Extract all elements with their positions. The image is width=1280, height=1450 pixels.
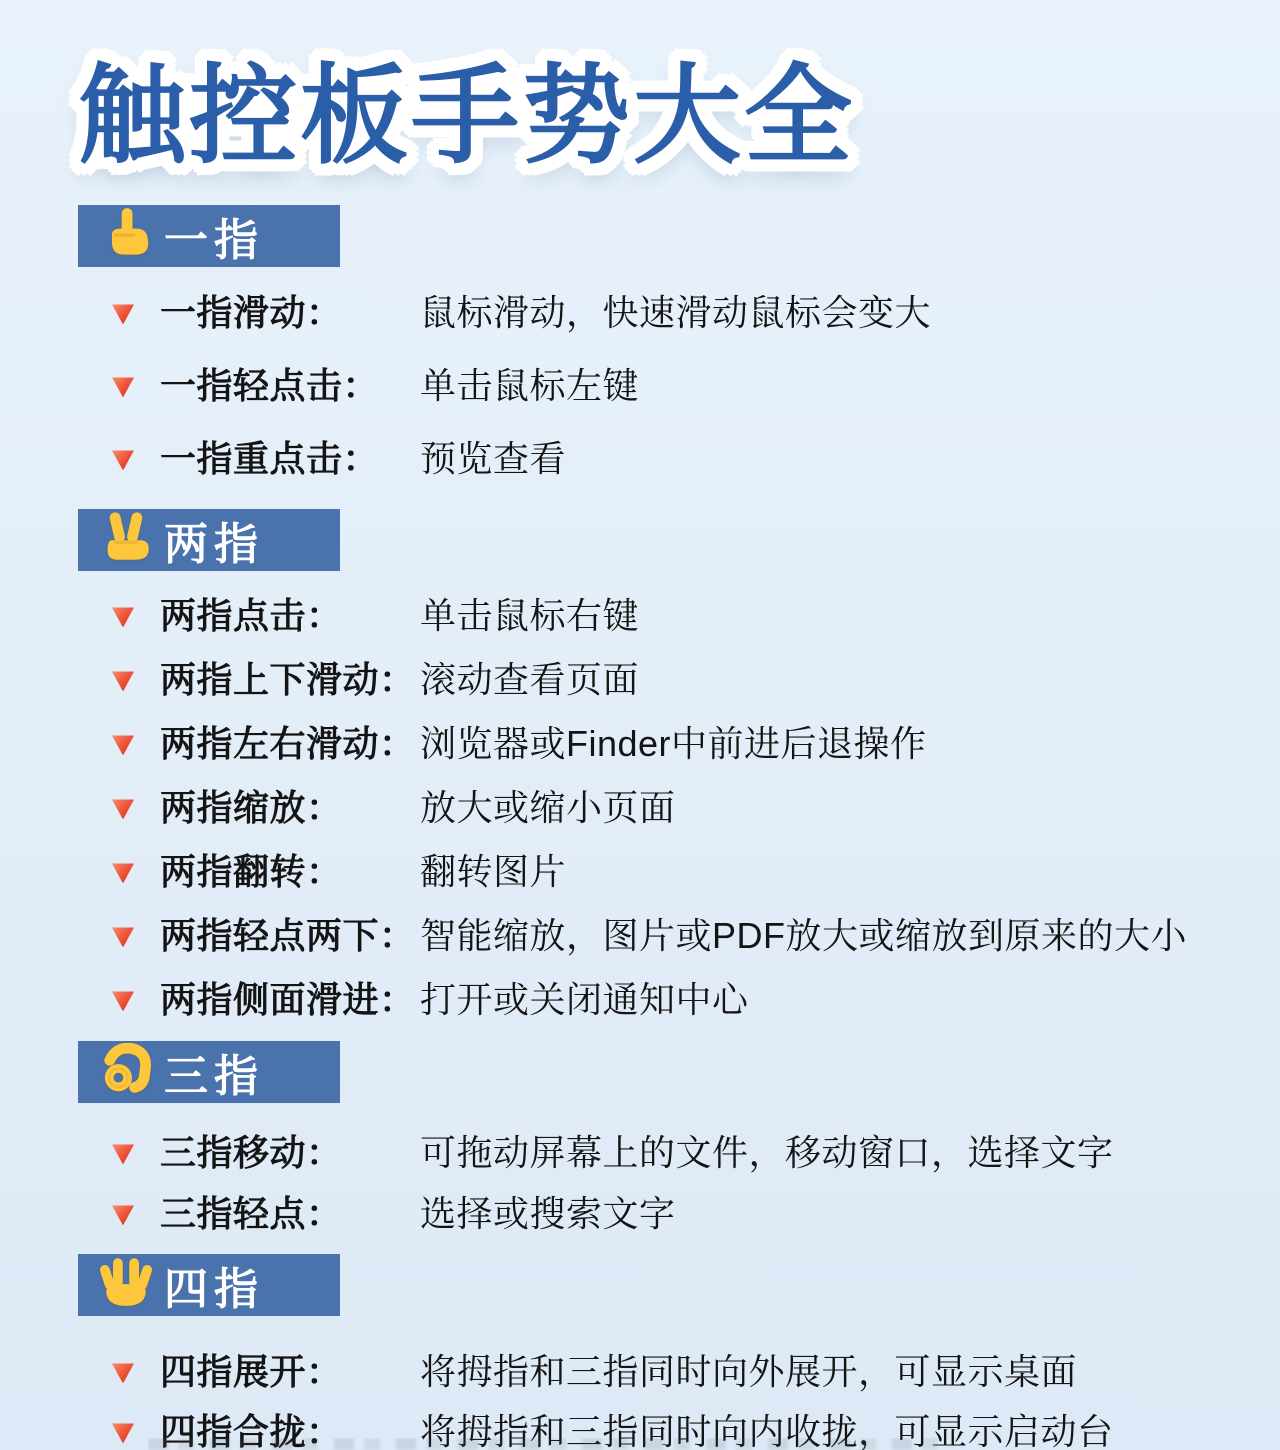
- section-label: 四指: [164, 1253, 264, 1317]
- gesture-list: 四指展开： 将拇指和三指同时向外展开，可显示桌面 四指合拢： 将拇指和三指同时向…: [78, 1349, 1250, 1450]
- gesture-description: 放大或缩小页面: [420, 785, 1250, 831]
- triangle-bullet-icon: [112, 863, 134, 883]
- infographic-page: 触控板手势大全 一指 一指滑动： 鼠标滑动，快速滑动鼠标会变大 一指轻点击： 单…: [0, 0, 1280, 1450]
- section-banner: 三指: [78, 1041, 340, 1103]
- gesture-description: 翻转图片: [420, 849, 1250, 895]
- gesture-section: 一指 一指滑动： 鼠标滑动，快速滑动鼠标会变大 一指轻点击： 单击鼠标左键 一指…: [78, 205, 1250, 482]
- gesture-name: 两指侧面滑进：: [160, 977, 420, 1023]
- gesture-item: 两指上下滑动： 滚动查看页面: [112, 657, 1250, 703]
- gesture-section: 两指 两指点击： 单击鼠标右键 两指上下滑动： 滚动查看页面 两指左右滑动： 浏…: [78, 509, 1250, 1023]
- gesture-item: 三指轻点： 选择或搜索文字: [112, 1191, 1250, 1237]
- triangle-bullet-icon: [112, 450, 134, 470]
- triangle-bullet-icon: [112, 991, 134, 1011]
- point-up-hand-icon: [100, 207, 152, 259]
- gesture-description: 选择或搜索文字: [420, 1191, 1250, 1237]
- gesture-item: 一指轻点击： 单击鼠标左键: [112, 363, 1250, 409]
- gesture-description: 预览查看: [420, 436, 1250, 482]
- sections: 一指 一指滑动： 鼠标滑动，快速滑动鼠标会变大 一指轻点击： 单击鼠标左键 一指…: [78, 205, 1250, 1450]
- triangle-bullet-icon: [112, 1144, 134, 1164]
- gesture-name: 一指滑动：: [160, 290, 420, 336]
- gesture-name: 一指重点击：: [160, 436, 420, 482]
- gesture-name: 两指点击：: [160, 593, 420, 639]
- triangle-bullet-icon: [112, 799, 134, 819]
- section-label: 一指: [164, 204, 264, 268]
- gesture-name: 两指缩放：: [160, 785, 420, 831]
- section-banner: 两指: [78, 509, 340, 571]
- section-label: 三指: [164, 1040, 264, 1104]
- gesture-item: 两指缩放： 放大或缩小页面: [112, 785, 1250, 831]
- gesture-description: 单击鼠标左键: [420, 363, 1250, 409]
- triangle-bullet-icon: [112, 1423, 134, 1443]
- gesture-description: 打开或关闭通知中心: [420, 977, 1250, 1023]
- gesture-name: 一指轻点击：: [160, 363, 420, 409]
- gesture-list: 一指滑动： 鼠标滑动，快速滑动鼠标会变大 一指轻点击： 单击鼠标左键 一指重点击…: [78, 290, 1250, 482]
- gesture-description: 将拇指和三指同时向外展开，可显示桌面: [420, 1349, 1250, 1395]
- gesture-section: 三指 三指移动： 可拖动屏幕上的文件，移动窗口，选择文字 三指轻点： 选择或搜索…: [78, 1041, 1250, 1237]
- triangle-bullet-icon: [112, 1363, 134, 1383]
- gesture-name: 三指移动：: [160, 1130, 420, 1176]
- section-banner: 四指: [78, 1254, 340, 1316]
- gesture-item: 两指轻点两下： 智能缩放，图片或PDF放大或缩放到原来的大小: [112, 913, 1250, 959]
- gesture-item: 三指移动： 可拖动屏幕上的文件，移动窗口，选择文字: [112, 1130, 1250, 1176]
- vulcan-salute-hand-icon: [100, 1256, 152, 1308]
- triangle-bullet-icon: [112, 304, 134, 324]
- triangle-bullet-icon: [112, 1205, 134, 1225]
- gesture-description: 单击鼠标右键: [420, 593, 1250, 639]
- section-banner: 一指: [78, 205, 340, 267]
- gesture-name: 两指左右滑动：: [160, 721, 420, 767]
- gesture-item: 四指展开： 将拇指和三指同时向外展开，可显示桌面: [112, 1349, 1250, 1395]
- gesture-description: 可拖动屏幕上的文件，移动窗口，选择文字: [420, 1130, 1250, 1176]
- gesture-item: 两指侧面滑进： 打开或关闭通知中心: [112, 977, 1250, 1023]
- gesture-name: 两指轻点两下：: [160, 913, 420, 959]
- gesture-item: 一指重点击： 预览查看: [112, 436, 1250, 482]
- triangle-bullet-icon: [112, 927, 134, 947]
- gesture-item: 两指翻转： 翻转图片: [112, 849, 1250, 895]
- gesture-item: 两指左右滑动： 浏览器或Finder中前进后退操作: [112, 721, 1250, 767]
- gesture-name: 两指翻转：: [160, 849, 420, 895]
- gesture-description: 智能缩放，图片或PDF放大或缩放到原来的大小: [420, 913, 1250, 959]
- cropped-text-remnant: [148, 1438, 948, 1450]
- triangle-bullet-icon: [112, 377, 134, 397]
- gesture-item: 一指滑动： 鼠标滑动，快速滑动鼠标会变大: [112, 290, 1250, 336]
- gesture-description: 浏览器或Finder中前进后退操作: [420, 721, 1250, 767]
- gesture-list: 两指点击： 单击鼠标右键 两指上下滑动： 滚动查看页面 两指左右滑动： 浏览器或…: [78, 593, 1250, 1023]
- gesture-name: 四指展开：: [160, 1349, 420, 1395]
- page-title: 触控板手势大全: [78, 52, 855, 179]
- triangle-bullet-icon: [112, 735, 134, 755]
- gesture-description: 鼠标滑动，快速滑动鼠标会变大: [420, 290, 1250, 336]
- gesture-list: 三指移动： 可拖动屏幕上的文件，移动窗口，选择文字 三指轻点： 选择或搜索文字: [78, 1130, 1250, 1237]
- gesture-name: 两指上下滑动：: [160, 657, 420, 703]
- gesture-name: 三指轻点：: [160, 1191, 420, 1237]
- ok-hand-icon: [100, 1043, 152, 1095]
- gesture-description: 滚动查看页面: [420, 657, 1250, 703]
- gesture-item: 两指点击： 单击鼠标右键: [112, 593, 1250, 639]
- triangle-bullet-icon: [112, 671, 134, 691]
- section-label: 两指: [164, 508, 264, 572]
- victory-hand-icon: [100, 511, 152, 563]
- gesture-section: 四指 四指展开： 将拇指和三指同时向外展开，可显示桌面 四指合拢： 将拇指和三指…: [78, 1254, 1250, 1450]
- triangle-bullet-icon: [112, 607, 134, 627]
